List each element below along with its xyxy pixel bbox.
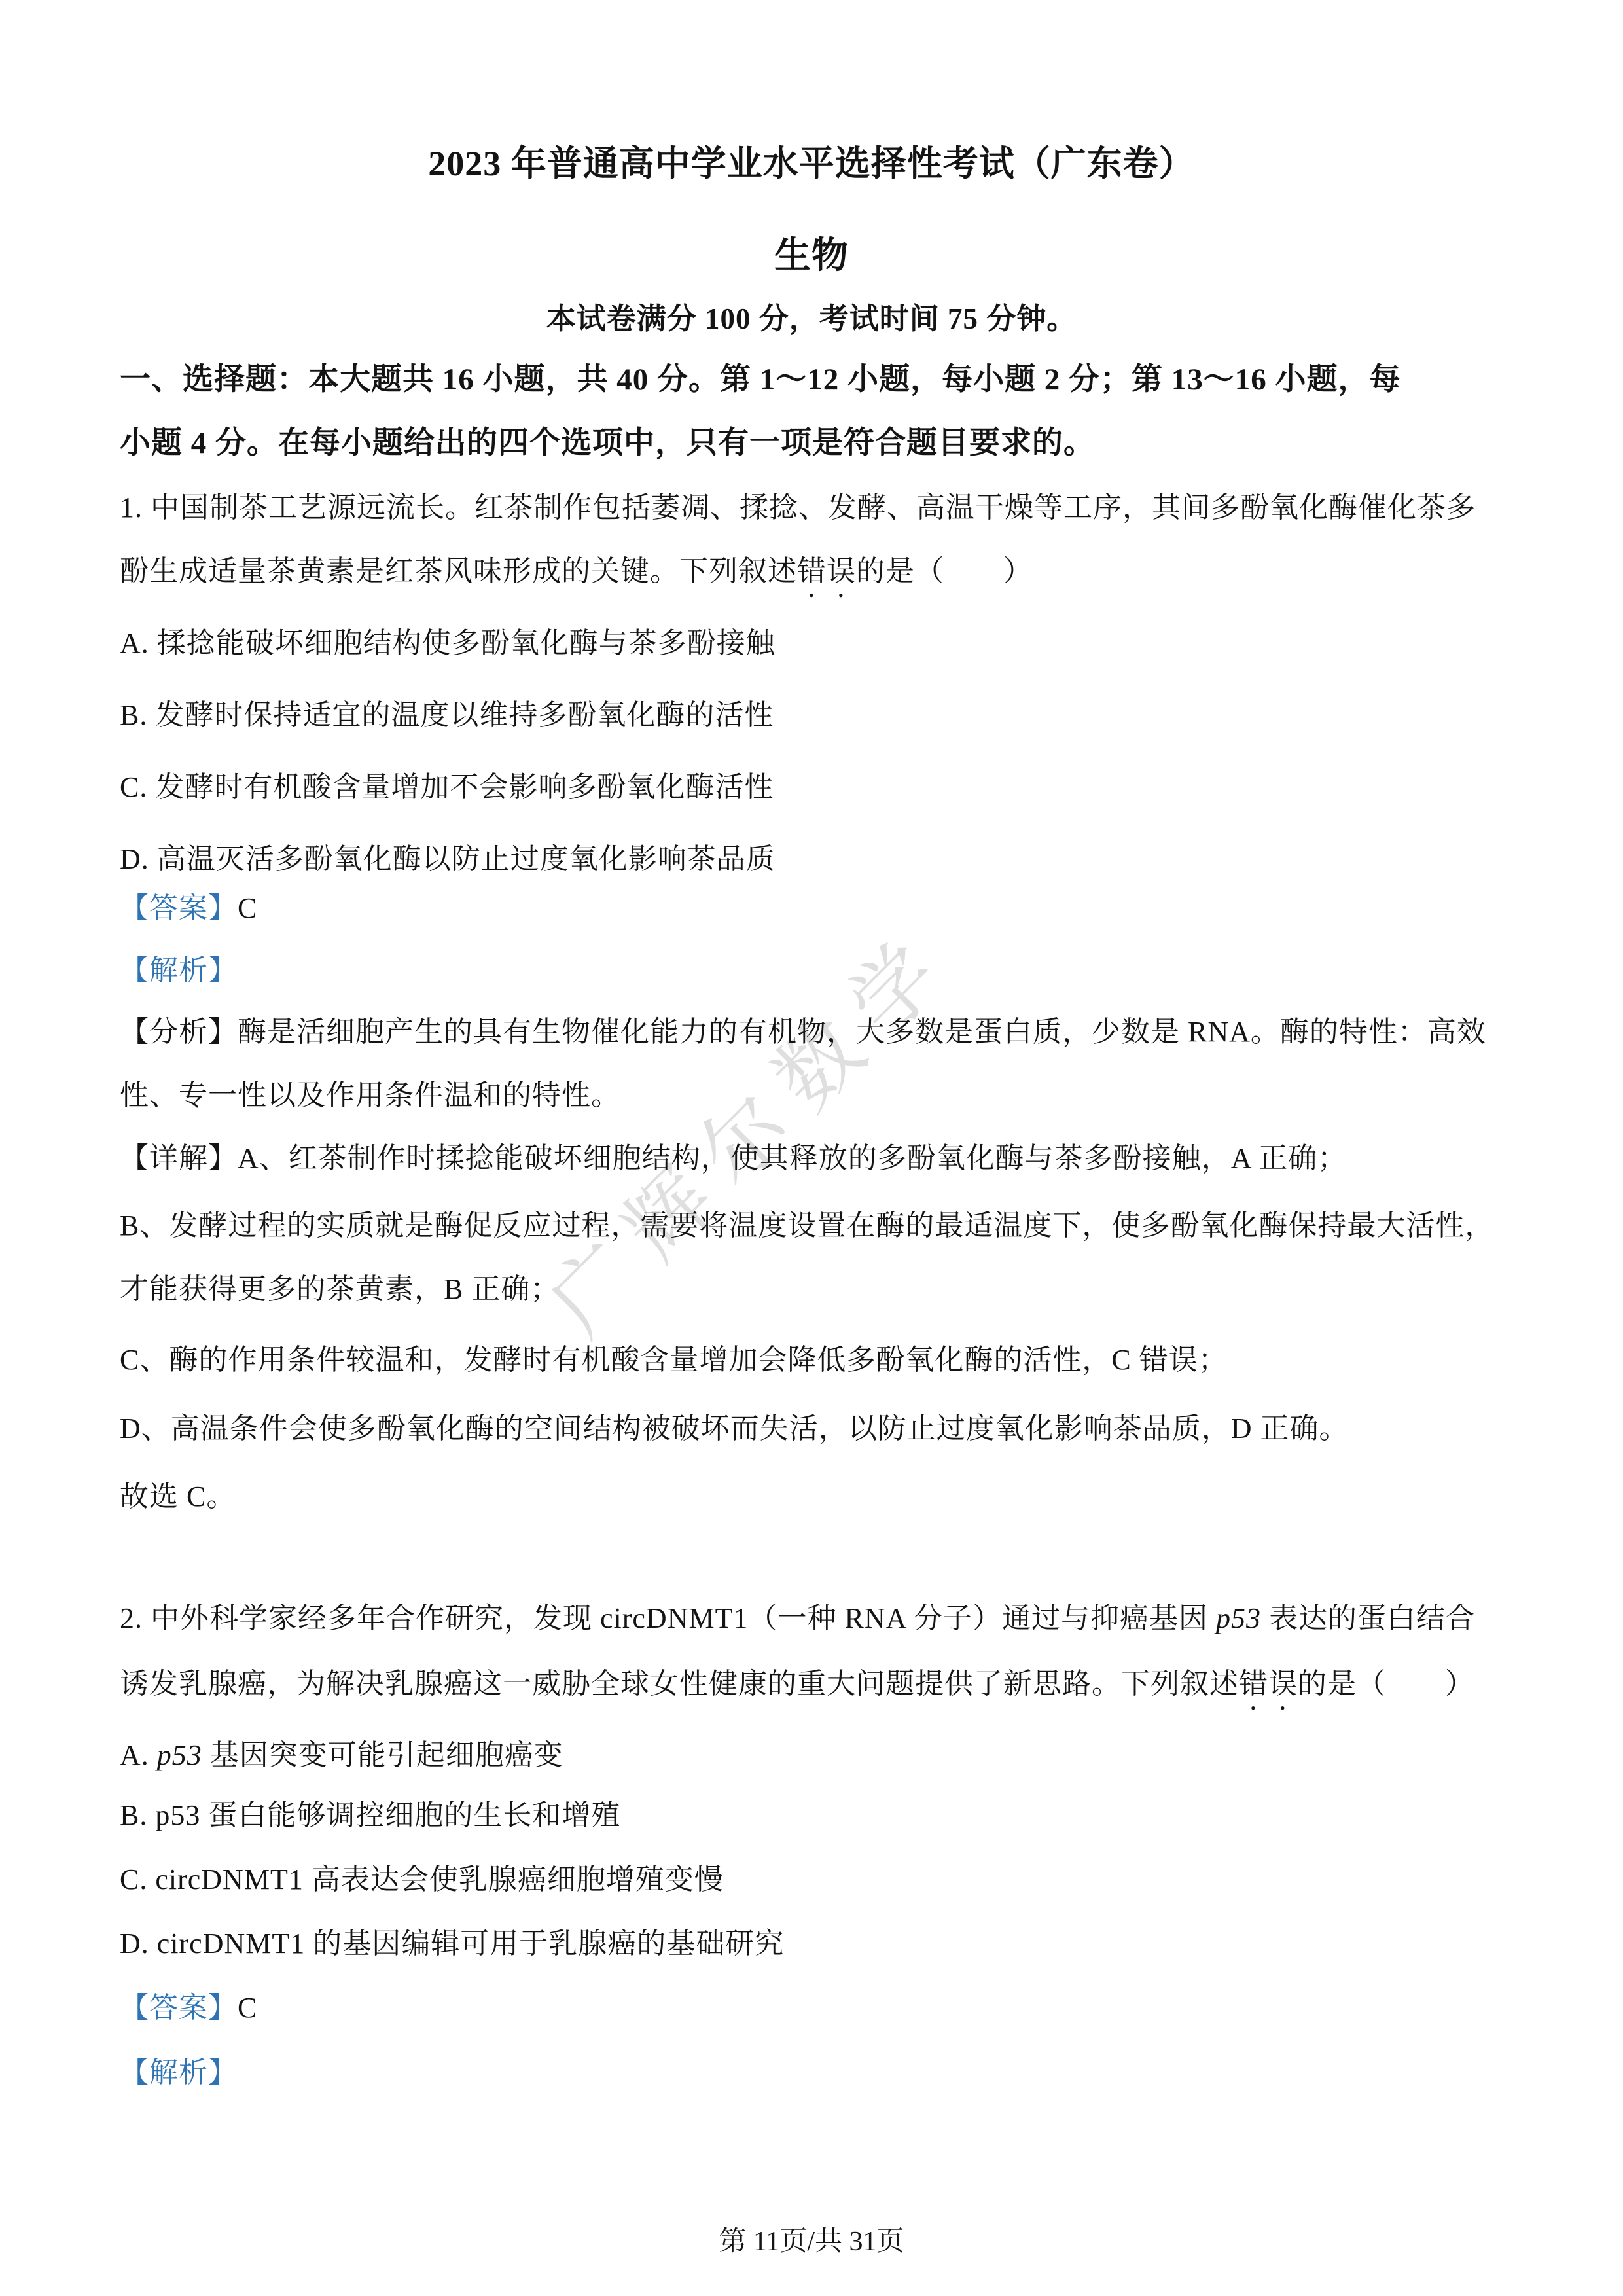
q1-answer-row: 【答案】C (120, 890, 1503, 927)
q1-option-a: A. 揉捻能破坏细胞结构使多酚氧化酶与茶多酚接触 (120, 625, 1503, 662)
q1-answer-value: C (238, 892, 257, 924)
q1-stem-line-1: 1. 中国制茶工艺源远流长。红茶制作包括萎凋、揉捻、发酵、高温干燥等工序，其间多… (120, 490, 1503, 526)
q1-option-c: C. 发酵时有机酸含量增加不会影响多酚氧化酶活性 (120, 769, 1503, 806)
q2-stem-line-2-post: 的是（ ） (1298, 1668, 1474, 1700)
q2-answer-row: 【答案】C (120, 1990, 1503, 2026)
q2-option-a-gene-italic: p53 (157, 1739, 202, 1771)
q2-option-b: B. p53 蛋白能够调控细胞的生长和增殖 (120, 1797, 1503, 1834)
q1-option-d: D. 高温灭活多酚氧化酶以防止过度氧化影响茶品质 (120, 841, 1503, 878)
exam-paper-page: 广辉尔数学 2023 年普通高中学业水平选择性考试（广东卷） 生物 本试卷满分 … (0, 0, 1623, 2296)
watermark: 广辉尔数学 (484, 864, 1021, 1401)
section-heading-line-2: 小题 4 分。在每小题给出的四个选项中，只有一项是符合题目要求的。 (120, 424, 1503, 462)
q2-stem-line-1-pre: 2. 中外科学家经多年合作研究，发现 circDNMT1（一种 RNA 分子）通… (120, 1602, 1216, 1634)
q2-stem-line-2-pre: 诱发乳腺癌，为解决乳腺癌这一威胁全球女性健康的重大问题提供了新思路。下列叙述 (120, 1668, 1239, 1700)
exam-info: 本试卷满分 100 分，考试时间 75 分钟。 (120, 300, 1503, 337)
q1-stem-line-2-post: 的是（ ） (856, 555, 1033, 587)
q1-analysis-line-6: C、酶的作用条件较温和，发酵时有机酸含量增加会降低多酚氧化酶的活性，C 错误； (120, 1342, 1503, 1378)
q1-answer-label: 【答案】 (120, 892, 238, 924)
q2-option-a-pre: A. (120, 1739, 157, 1771)
subject-title: 生物 (120, 234, 1503, 278)
q1-analysis-line-5: 才能获得更多的茶黄素，B 正确； (120, 1271, 1503, 1308)
q1-stem-line-2-pre: 酚生成适量茶黄素是红茶风味形成的关键。下列叙述 (120, 555, 797, 587)
q1-analysis-line-8: 故选 C。 (120, 1479, 1503, 1515)
q1-analysis-line-4: B、发酵过程的实质就是酶促反应过程，需要将温度设置在酶的最适温度下，使多酚氧化酶… (120, 1208, 1503, 1244)
q2-option-a-post: 基因突变可能引起细胞癌变 (202, 1739, 563, 1771)
q2-answer-label: 【答案】 (120, 1992, 238, 2024)
q1-analysis-line-3: 【详解】A、红茶制作时揉捻能破坏细胞结构，使其释放的多酚氧化酶与茶多酚接触，A … (120, 1140, 1503, 1177)
q2-analysis-label: 【解析】 (120, 2054, 1503, 2091)
q1-analysis-line-7: D、高温条件会使多酚氧化酶的空间结构被破坏而失活，以防止过度氧化影响茶品质，D … (120, 1410, 1503, 1447)
q2-option-c: C. circDNMT1 高表达会使乳腺癌细胞增殖变慢 (120, 1861, 1503, 1898)
q1-analysis-line-1: 【分析】酶是活细胞产生的具有生物催化能力的有机物，大多数是蛋白质，少数是 RNA… (120, 1014, 1503, 1050)
q2-stem-emphasis: 错误 (1239, 1668, 1298, 1700)
q2-option-d: D. circDNMT1 的基因编辑可用于乳腺癌的基础研究 (120, 1926, 1503, 1962)
page-number-footer: 第 11页/共 31页 (0, 2225, 1623, 2258)
q2-stem-line-1-post: 表达的蛋白结合 (1261, 1602, 1475, 1634)
q1-analysis-label: 【解析】 (120, 952, 1503, 989)
q2-option-a: A. p53 基因突变可能引起细胞癌变 (120, 1737, 1503, 1774)
q2-stem-line-2: 诱发乳腺癌，为解决乳腺癌这一威胁全球女性健康的重大问题提供了新思路。下列叙述错误… (120, 1666, 1503, 1716)
section-heading-line-1: 一、选择题：本大题共 16 小题，共 40 分。第 1～12 小题，每小题 2 … (120, 361, 1503, 399)
q2-stem-line-1: 2. 中外科学家经多年合作研究，发现 circDNMT1（一种 RNA 分子）通… (120, 1600, 1503, 1637)
q1-stem-line-2: 酚生成适量茶黄素是红茶风味形成的关键。下列叙述错误的是（ ） (120, 553, 1503, 603)
q2-answer-value: C (238, 1992, 257, 2024)
q2-stem-gene-italic: p53 (1216, 1602, 1261, 1634)
page-title: 2023 年普通高中学业水平选择性考试（广东卷） (120, 143, 1503, 185)
q1-analysis-line-2: 性、专一性以及作用条件温和的特性。 (120, 1077, 1503, 1114)
q1-option-b: B. 发酵时保持适宜的温度以维持多酚氧化酶的活性 (120, 697, 1503, 734)
q1-stem-emphasis: 错误 (797, 555, 856, 587)
